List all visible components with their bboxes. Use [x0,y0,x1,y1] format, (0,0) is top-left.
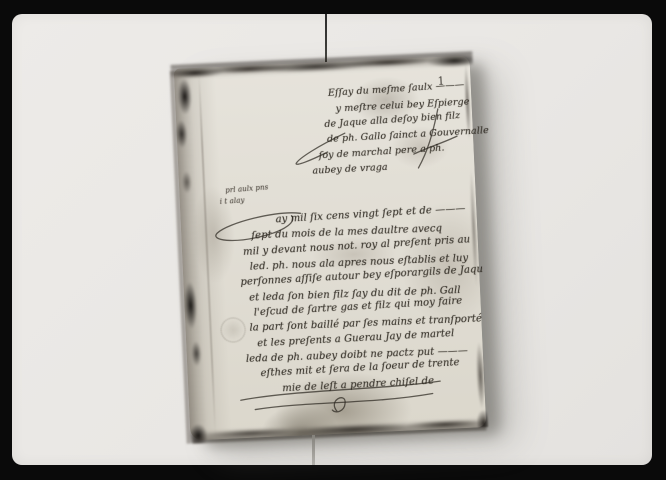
manuscript-page: 1 prl aulx pns i t alay Eſſay du meſme ſ… [174,55,487,440]
margin-note-line: i t alay [220,196,245,206]
body-line: mie de leſt a pendre chiſel de [282,376,434,395]
heading-line: Eſſay du meſme ſaulx ——— [328,79,465,99]
heading-line: aubey de vraga [312,162,388,177]
margin-note-line: prl aulx pns [225,183,269,194]
backing-sheet: 1 prl aulx pns i t alay Eſſay du meſme ſ… [12,14,652,465]
binding-thread-bottom-icon [312,435,315,465]
damaged-top-edge [171,51,473,80]
damaged-bottom-edge [192,417,486,443]
archive-stamp-icon [220,317,246,343]
heading-line: ſoy de marchal pere a ph. [318,143,444,162]
damaged-binding-edge [170,70,217,444]
body-line: ay mil ſix cens vingt ſept et de ——— [275,203,465,225]
archival-photograph: { "scene": { "background_color": "#0a0a0… [0,0,666,480]
